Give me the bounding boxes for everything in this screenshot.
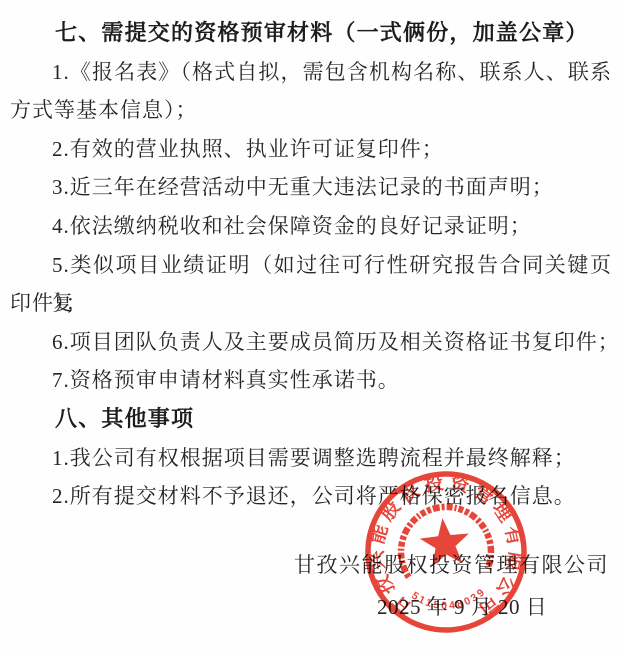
document-line: 1.《报名表》（格式自拟，需包含机构名称、联系人、联系 xyxy=(10,53,614,92)
document-line: 2.所有提交材料不予退还，公司将严格保密报名信息。 xyxy=(10,477,614,516)
document-body: 七、需提交的资格预审材料（一式俩份，加盖公章）1.《报名表》（格式自拟，需包含机… xyxy=(10,14,614,516)
document-line: 6.项目团队负责人及主要成员简历及相关资格证书复印件； xyxy=(10,323,614,362)
document-line: 3.近三年在经营活动中无重大违法记录的书面声明； xyxy=(10,168,614,207)
section-heading: 七、需提交的资格预审材料（一式俩份，加盖公章） xyxy=(10,14,614,53)
section-heading: 八、其他事项 xyxy=(10,400,614,439)
document-line: 方式等基本信息）； xyxy=(10,91,614,130)
document-line: 4.依法缴纳税收和社会保障资金的良好记录证明； xyxy=(10,207,614,246)
document-line: 2.有效的营业执照、执业许可证复印件； xyxy=(10,130,614,169)
signature-date: 2025 年 9 月 20 日 xyxy=(377,591,547,621)
document-line: 7.资格预审申请材料真实性承诺书。 xyxy=(10,361,614,400)
document-line: 1.我公司有权根据项目需要调整选聘流程并最终解释； xyxy=(10,439,614,478)
signature-company-name: 甘孜兴能股权投资管理有限公司 xyxy=(294,549,609,579)
document-line: 5.类似项目业绩证明（如过往可行性研究报告合同关键页复 xyxy=(10,246,614,285)
scanned-document-page: 七、需提交的资格预审材料（一式俩份，加盖公章）1.《报名表》（格式自拟，需包含机… xyxy=(0,0,624,653)
document-line: 印件）； xyxy=(10,284,614,323)
